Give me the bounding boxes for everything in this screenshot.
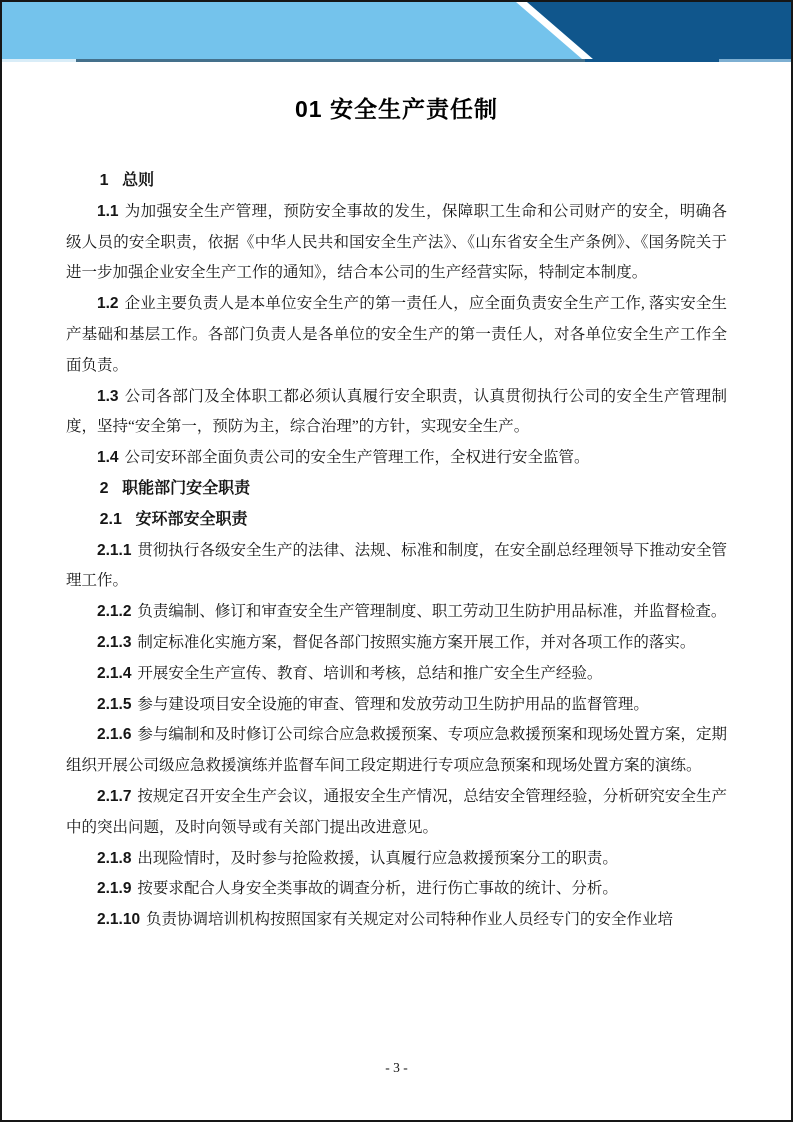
paragraph-text: 参与建设项目安全设施的审查、管理和发放劳动卫生防护用品的监督管理。 [137,696,649,713]
paragraph-text: 按要求配合人身安全类事故的调查分析，进行伤亡事故的统计、分析。 [137,880,618,897]
paragraph: 1.2企业主要负责人是本单位安全生产的第一责任人，应全面负责安全生产工作, 落实… [66,289,727,381]
paragraph-text: 按规定召开安全生产会议，通报安全生产情况，总结安全管理经验，分析研究安全生产中的… [66,788,727,836]
paragraph-text: 公司各部门及全体职工都必须认真履行安全职责，认真贯彻执行公司的安全生产管理制度，… [66,388,727,436]
page-number: - 3 - [2,1060,791,1076]
header-banner [2,2,791,59]
paragraph-text: 贯彻执行各级安全生产的法律、法规、标准和制度，在安全副总经理领导下推动安全管理工… [66,542,727,590]
paragraph: 2.1.3制定标准化实施方案，督促各部门按照实施方案开展工作，并对各项工作的落实… [66,628,727,659]
section-number: 1.4 [97,449,119,466]
paragraph: 1.1为加强安全生产管理，预防安全事故的发生，保障职工生命和公司财产的安全，明确… [66,197,727,289]
section-number: 2.1.3 [97,634,131,651]
header-rule-segment-slate [76,59,585,62]
paragraph-text: 职能部门安全职责 [122,480,250,497]
document-body: 1总则1.1为加强安全生产管理，预防安全事故的发生，保障职工生命和公司财产的安全… [66,166,727,936]
paragraph: 2.1.6参与编制和及时修订公司综合应急救援预案、专项应急救援预案和现场处置方案… [66,720,727,782]
paragraph: 2.1.1贯彻执行各级安全生产的法律、法规、标准和制度，在安全副总经理领导下推动… [66,536,727,598]
paragraph: 1.3公司各部门及全体职工都必须认真履行安全职责，认真贯彻执行公司的安全生产管理… [66,382,727,444]
paragraph-text: 为加强安全生产管理，预防安全事故的发生，保障职工生命和公司财产的安全，明确各级人… [66,203,727,282]
section-number: 2.1.1 [97,542,131,559]
header-rule [2,59,791,62]
header-rule-segment-navy [585,59,719,62]
paragraph: 1.4公司安环部全面负责公司的安全生产管理工作，全权进行安全监管。 [66,443,727,474]
section-heading: 1总则 [66,166,727,197]
document-page: 01 安全生产责任制 1总则1.1为加强安全生产管理，预防安全事故的发生，保障职… [0,0,793,1122]
paragraph-text: 负责编制、修订和审查安全生产管理制度、职工劳动卫生防护用品标准，并监督检查。 [137,603,726,620]
paragraph-text: 公司安环部全面负责公司的安全生产管理工作，全权进行安全监管。 [124,449,589,466]
page-title: 01 安全生产责任制 [2,96,791,122]
paragraph-text: 负责协调培训机构按照国家有关规定对公司特种作业人员经专门的安全作业培 [146,911,673,928]
paragraph: 2.1.7按规定召开安全生产会议，通报安全生产情况，总结安全管理经验，分析研究安… [66,782,727,844]
paragraph: 2.1.4开展安全生产宣传、教育、培训和考核，总结和推广安全生产经验。 [66,659,727,690]
section-number: 2.1.9 [97,880,131,897]
paragraph-text: 安环部安全职责 [135,511,247,528]
section-number: 2.1.7 [97,788,131,805]
paragraph-text: 参与编制和及时修订公司综合应急救援预案、专项应急救援预案和现场处置方案，定期组织… [66,726,727,774]
paragraph: 2.1.8出现险情时，及时参与抢险救援，认真履行应急救援预案分工的职责。 [66,844,727,875]
paragraph: 2.1.9按要求配合人身安全类事故的调查分析，进行伤亡事故的统计、分析。 [66,874,727,905]
paragraph-text: 开展安全生产宣传、教育、培训和考核，总结和推广安全生产经验。 [137,665,602,682]
section-number: 2.1.10 [97,911,140,928]
section-number: 2.1.5 [97,696,131,713]
paragraph: 2.1.10负责协调培训机构按照国家有关规定对公司特种作业人员经专门的安全作业培 [66,905,727,936]
header-rule-segment-pale [2,59,76,62]
header-rule-segment-light [719,59,791,62]
section-number: 1.3 [97,388,119,405]
section-number: 2.1 [100,511,122,528]
section-number: 1.1 [97,203,119,220]
paragraph: 2.1.5参与建设项目安全设施的审查、管理和发放劳动卫生防护用品的监督管理。 [66,690,727,721]
paragraph-text: 制定标准化实施方案，督促各部门按照实施方案开展工作，并对各项工作的落实。 [137,634,695,651]
section-number: 1 [100,172,109,189]
header-dark-shape [2,2,791,59]
section-number: 2.1.4 [97,665,131,682]
section-number: 2.1.8 [97,850,131,867]
section-number: 2.1.6 [97,726,131,743]
section-number: 2.1.2 [97,603,131,620]
paragraph-text: 企业主要负责人是本单位安全生产的第一责任人，应全面负责安全生产工作, 落实安全生… [66,295,727,374]
paragraph-text: 出现险情时，及时参与抢险救援，认真履行应急救援预案分工的职责。 [137,850,618,867]
section-number: 2 [100,480,109,497]
section-number: 1.2 [97,295,119,312]
paragraph: 2.1.2负责编制、修订和审查安全生产管理制度、职工劳动卫生防护用品标准，并监督… [66,597,727,628]
section-heading: 2职能部门安全职责 [66,474,727,505]
paragraph-text: 总则 [122,172,154,189]
section-heading: 2.1安环部安全职责 [66,505,727,536]
